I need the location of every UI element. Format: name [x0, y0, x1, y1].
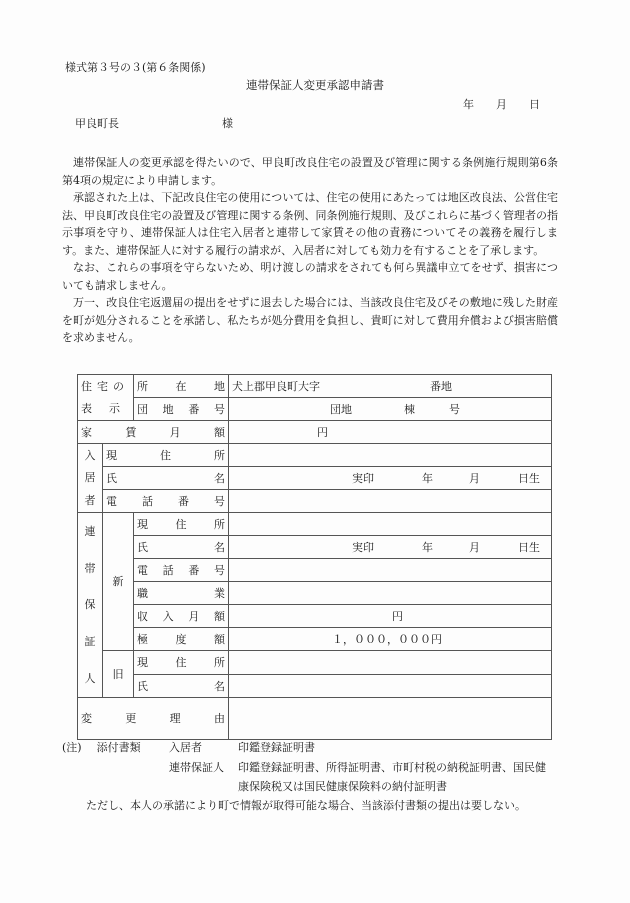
document-title: 連帯保証人変更承認申請書 [0, 80, 630, 92]
date-day-label: 日 [529, 99, 540, 110]
row-resident-name: 氏 名 実印 年 月 日生 [78, 467, 552, 490]
row-guarantor-new-address: 連 帯 保 証 人 新 現 住 所 [78, 513, 552, 536]
guarantor-old-address-label: 現 住 所 [134, 651, 229, 675]
guarantor-old-name-field[interactable] [229, 675, 552, 698]
guarantor-old-name-label: 氏 名 [134, 675, 229, 698]
income-unit: 円 [392, 610, 403, 623]
rent-label: 家 賃 月 額 [78, 421, 229, 444]
guarantor-new-address-label: 現 住 所 [134, 513, 229, 536]
resident-phone-label: 電 話 番 号 [103, 490, 229, 513]
addressee: 甲良町長様 [75, 118, 233, 129]
birth-day-label: 日生 [518, 473, 540, 484]
date-month-label: 月 [496, 99, 507, 110]
guarantor-old-label: 旧 [103, 651, 134, 698]
guarantor-group-label: 連 帯 保 証 人 [78, 513, 103, 698]
row-resident-phone: 電 話 番 号 [78, 490, 552, 513]
row-housing-location: 住宅の 表 示 所 在 地 犬上郡甲良町大字 番地 [78, 375, 552, 398]
row-guarantor-new-job: 職 業 [78, 582, 552, 605]
row-guarantor-old-name: 氏 名 [78, 675, 552, 698]
notes-heading: 添付書類 [97, 741, 141, 754]
location-suffix: 番地 [430, 381, 452, 392]
addressee-name: 甲良町長 [75, 117, 119, 130]
guarantor-new-phone-field[interactable] [229, 559, 552, 582]
notes-resident-docs: 印鑑登録証明書 [238, 742, 315, 753]
birth-year-label: 年 [422, 473, 433, 484]
paragraph-obligations: 承認された上は、下記改良住宅の使用については、住宅の使用にあたっては地区改良法、… [62, 189, 558, 259]
resident-name-field[interactable]: 実印 年 月 日生 [229, 467, 552, 490]
complex-number-label: 団 地 番 号 [134, 398, 229, 421]
housing-group-line1: 住宅の [81, 376, 130, 398]
notes-guarantor-docs-line1: 印鑑登録証明書、所得証明書、市町村税の納税証明書、国民健 [238, 762, 546, 773]
housing-group-line2: 表 示 [81, 398, 130, 420]
notes-guarantor-docs-line2: 康保険税又は国民健康保険料の納付証明書 [238, 781, 447, 792]
date-line: 年月日 [463, 99, 540, 110]
location-prefix: 犬上郡甲良町大字 [232, 381, 320, 392]
guarantor-birth-year-label: 年 [422, 542, 433, 553]
date-year-label: 年 [463, 99, 474, 110]
row-guarantor-old-address: 旧 現 住 所 [78, 651, 552, 675]
paragraph-application: 連帯保証人の変更承認を得たいので、甲良町改良住宅の設置及び管理に関する条例施行規… [62, 154, 558, 189]
row-change-reason: 変 更 理 由 [78, 698, 552, 740]
birth-month-label: 月 [469, 473, 480, 484]
notes-prefix: (注) [62, 741, 82, 754]
location-label: 所 在 地 [134, 375, 229, 398]
guarantor-new-job-label: 職 業 [134, 582, 229, 605]
guarantor-new-income-label: 収 入 月 額 [134, 605, 229, 628]
rent-field[interactable]: 円 [229, 421, 552, 444]
guarantor-birth-day-label: 日生 [518, 542, 540, 553]
guarantor-new-label: 新 [103, 513, 134, 651]
paragraph-no-objection: なお、これらの事項を守らないため、明け渡しの請求をされても何ら異議申立てをせず、… [62, 259, 558, 294]
danchi-label: 団地 [330, 404, 352, 415]
row-guarantor-new-phone: 電 話 番 号 [78, 559, 552, 582]
guarantor-new-limit-value: １，０００，０００円 [229, 628, 552, 651]
guarantor-new-limit-label: 極 度 額 [134, 628, 229, 651]
row-guarantor-new-income: 収 入 月 額 円 [78, 605, 552, 628]
form-number: 様式第３号の３(第６条関係) [65, 62, 206, 73]
row-guarantor-new-limit: 極 度 額 １，０００，０００円 [78, 628, 552, 651]
limit-amount: １，０００，０００円 [332, 633, 442, 646]
guarantor-seal-label: 実印 [352, 542, 374, 553]
application-form-table: 住宅の 表 示 所 在 地 犬上郡甲良町大字 番地 [77, 374, 552, 740]
row-guarantor-new-name: 氏 名 実印 年 月 日生 [78, 536, 552, 559]
guarantor-new-job-field[interactable] [229, 582, 552, 605]
paragraph-disposal: 万一、改良住宅返還届の提出をせずに退去した場合には、当該改良住宅及びその敷地に残… [62, 294, 558, 347]
rent-unit: 円 [317, 426, 328, 439]
guarantor-new-name-field[interactable]: 実印 年 月 日生 [229, 536, 552, 559]
location-value-field[interactable]: 犬上郡甲良町大字 番地 [229, 375, 552, 398]
resident-group-label: 入 居 者 [78, 444, 103, 513]
row-housing-complex: 団 地 番 号 団地 棟 号 [78, 398, 552, 421]
tou-label: 棟 [404, 404, 415, 415]
notes-resident-label: 入居者 [169, 742, 202, 753]
guarantor-old-address-field[interactable] [229, 651, 552, 675]
resident-phone-field[interactable] [229, 490, 552, 513]
notes-attachments-resident: (注) 添付書類 [62, 742, 141, 753]
guarantor-new-address-field[interactable] [229, 513, 552, 536]
resident-name-label: 氏 名 [103, 467, 229, 490]
resident-address-label: 現 住 所 [103, 444, 229, 467]
guarantor-new-name-label: 氏 名 [134, 536, 229, 559]
guarantor-birth-month-label: 月 [469, 542, 480, 553]
guarantor-new-phone-label: 電 話 番 号 [134, 559, 229, 582]
change-reason-field[interactable] [229, 698, 552, 740]
guarantor-new-income-field[interactable]: 円 [229, 605, 552, 628]
change-reason-label: 変 更 理 由 [78, 698, 229, 740]
addressee-honorific: 様 [222, 118, 233, 129]
complex-number-field[interactable]: 団地 棟 号 [229, 398, 552, 421]
row-rent: 家 賃 月 額 円 [78, 421, 552, 444]
seal-label: 実印 [352, 473, 374, 484]
row-resident-address: 入 居 者 現 住 所 [78, 444, 552, 467]
resident-address-field[interactable] [229, 444, 552, 467]
notes-guarantor-label: 連帯保証人 [169, 762, 224, 773]
gou-label: 号 [449, 404, 460, 415]
housing-group-label: 住宅の 表 示 [78, 375, 134, 421]
notes-proviso: ただし、本人の承諾により町で情報が取得可能な場合、当該添付書類の提出は要しない。 [86, 800, 526, 811]
